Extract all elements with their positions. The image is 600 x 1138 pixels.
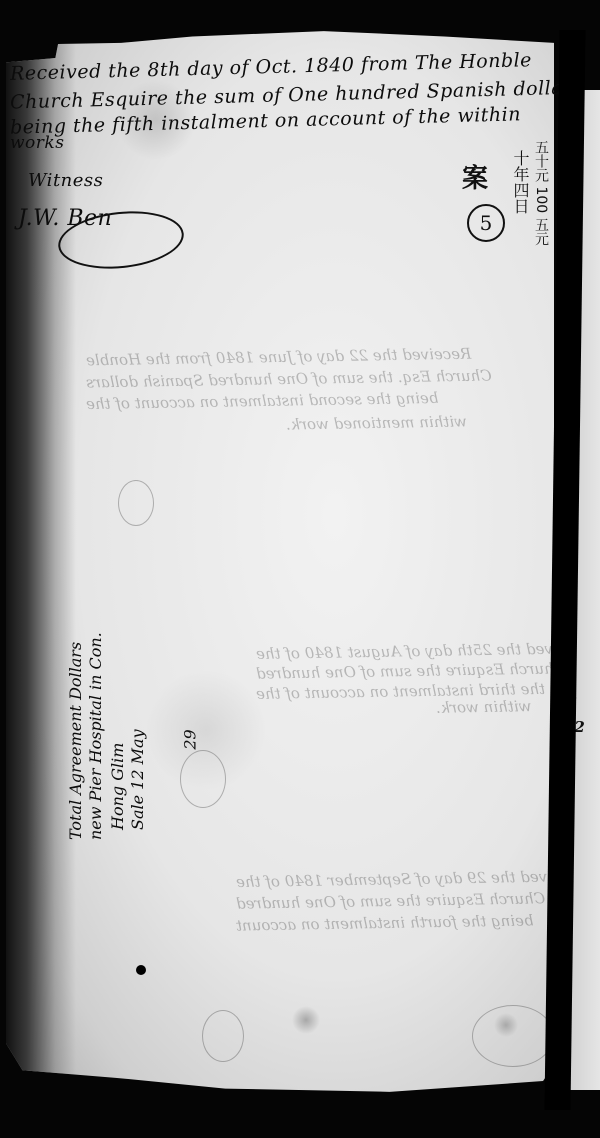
bleed-through-line: being the fourth instalment on account <box>236 911 534 934</box>
bleed-through-line: being the second instalment on account o… <box>86 389 439 413</box>
bleed-through-line: Received the 25th day of August 1840 of … <box>256 639 595 663</box>
faint-circle-mark <box>472 1005 554 1067</box>
bleed-through-line: within mentioned work. <box>286 412 467 433</box>
bleed-through-line: within work. <box>436 697 532 717</box>
bleed-through-line: Church Esquire the sum of One hundred <box>256 659 565 682</box>
circled-number: 5 <box>467 204 505 242</box>
bleed-through-line: being the third instalment on account of… <box>256 679 593 703</box>
faint-circle-mark <box>180 750 226 808</box>
bleed-through-line: Church Esq. the sum of One hundred Spani… <box>86 366 492 391</box>
cjk-annotation-column: 五十元 100 五元 <box>534 140 548 246</box>
receipt-line: works <box>10 133 64 153</box>
page-number: 29 <box>181 729 200 749</box>
vertical-note-line: Sale 12 May <box>128 729 147 830</box>
faint-circle-mark <box>202 1010 244 1062</box>
ink-blot <box>136 965 146 975</box>
cjk-annotation-column: 十年四日 <box>512 150 528 214</box>
faint-circle-mark <box>118 480 154 526</box>
bleed-through-line: Church Esquire the sum of One hundred <box>236 889 545 912</box>
bleed-through-line: Received the 22 day of June 1840 from th… <box>86 345 472 370</box>
bleed-through-line: Received the 29 day of September 1840 of… <box>236 867 590 891</box>
annotation-mark: 案 <box>462 158 488 195</box>
vertical-note-line: Hong Glim <box>108 743 127 830</box>
vertical-note-line: Total Agreement Dollars <box>66 642 85 840</box>
witness-label: Witness <box>28 170 103 191</box>
vertical-note-line: new Pier Hospital in Con. <box>86 632 105 840</box>
